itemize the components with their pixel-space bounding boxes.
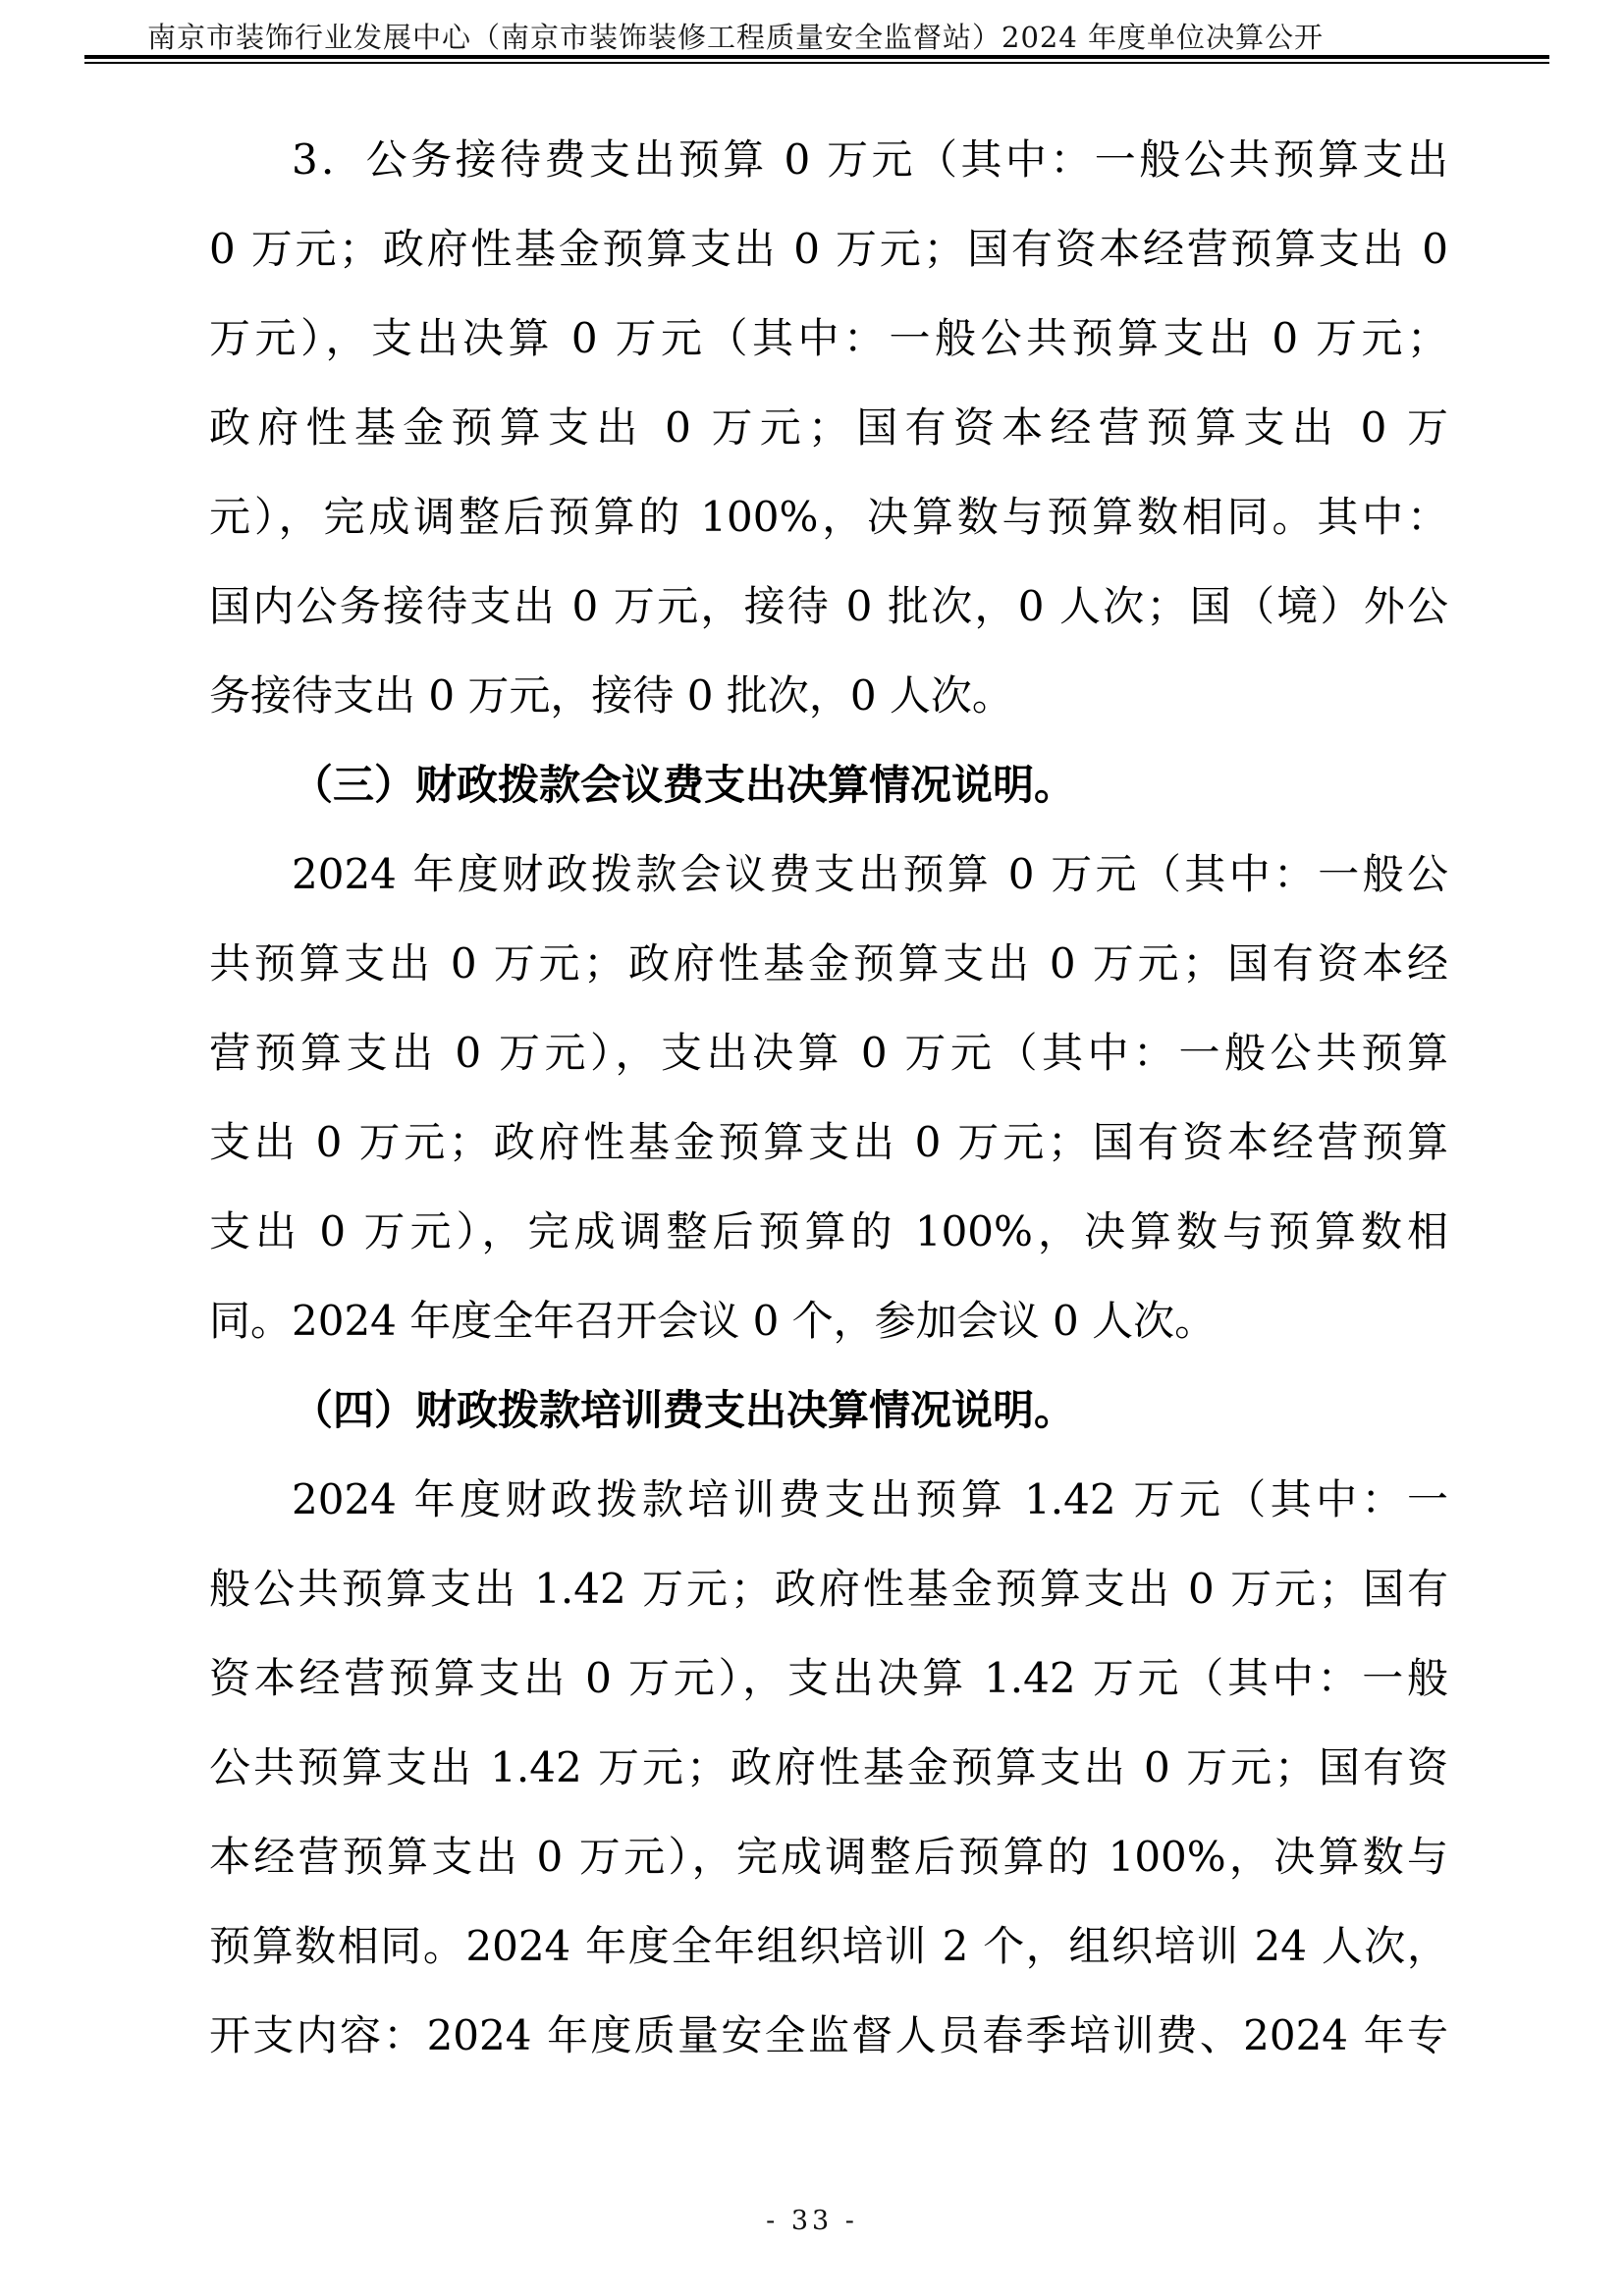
section-heading-training-fee: （四）财政拨款培训费支出决算情况说明。 bbox=[209, 1365, 1448, 1455]
document-page: 南京市装饰行业发展中心（南京市装饰装修工程质量安全监督站）2024 年度单位决算… bbox=[0, 0, 1624, 2296]
body-line: 元），完成调整后预算的 100%，决算数与预算数相同。其中： bbox=[209, 472, 1448, 561]
body-line: 政府性基金预算支出 0 万元；国有资本经营预算支出 0 万 bbox=[209, 383, 1448, 472]
running-header-title: 南京市装饰行业发展中心（南京市装饰装修工程质量安全监督站）2024 年度单位决算… bbox=[147, 16, 1324, 56]
page-number: - 33 - bbox=[0, 2206, 1624, 2236]
body-line: 营预算支出 0 万元），支出决算 0 万元（其中：一般公共预算 bbox=[209, 1008, 1448, 1097]
body-line: 开支内容：2024 年度质量安全监督人员春季培训费、2024 年专 bbox=[209, 1991, 1448, 2080]
body-line: 般公共预算支出 1.42 万元；政府性基金预算支出 0 万元；国有 bbox=[209, 1544, 1448, 1633]
body-line: 支出 0 万元），完成调整后预算的 100%，决算数与预算数相 bbox=[209, 1187, 1448, 1276]
body-line: 资本经营预算支出 0 万元），支出决算 1.42 万元（其中：一般 bbox=[209, 1633, 1448, 1723]
body-line: 务接待支出 0 万元，接待 0 批次，0 人次。 bbox=[209, 651, 1448, 740]
body-line: 支出 0 万元；政府性基金预算支出 0 万元；国有资本经营预算 bbox=[209, 1097, 1448, 1187]
header-divider bbox=[84, 55, 1549, 64]
section-heading-conference-fee: （三）财政拨款会议费支出决算情况说明。 bbox=[209, 740, 1448, 829]
body-line: 本经营预算支出 0 万元），完成调整后预算的 100%，决算数与 bbox=[209, 1812, 1448, 1901]
body-line: 2024 年度财政拨款会议费支出预算 0 万元（其中：一般公 bbox=[209, 829, 1448, 919]
body-line: 2024 年度财政拨款培训费支出预算 1.42 万元（其中：一 bbox=[209, 1455, 1448, 1544]
body-line: 万元），支出决算 0 万元（其中：一般公共预算支出 0 万元； bbox=[209, 294, 1448, 383]
body-line: 0 万元；政府性基金预算支出 0 万元；国有资本经营预算支出 0 bbox=[209, 204, 1448, 294]
body-line: 国内公务接待支出 0 万元，接待 0 批次，0 人次；国（境）外公 bbox=[209, 561, 1448, 651]
body-line: 同。2024 年度全年召开会议 0 个，参加会议 0 人次。 bbox=[209, 1276, 1448, 1365]
body-line: 共预算支出 0 万元；政府性基金预算支出 0 万元；国有资本经 bbox=[209, 919, 1448, 1008]
body-line: 公共预算支出 1.42 万元；政府性基金预算支出 0 万元；国有资 bbox=[209, 1723, 1448, 1812]
body-line: 预算数相同。2024 年度全年组织培训 2 个，组织培训 24 人次， bbox=[209, 1901, 1448, 1991]
body-line: 3．公务接待费支出预算 0 万元（其中：一般公共预算支出 bbox=[209, 115, 1448, 204]
document-body: 3．公务接待费支出预算 0 万元（其中：一般公共预算支出 0 万元；政府性基金预… bbox=[209, 115, 1448, 2080]
